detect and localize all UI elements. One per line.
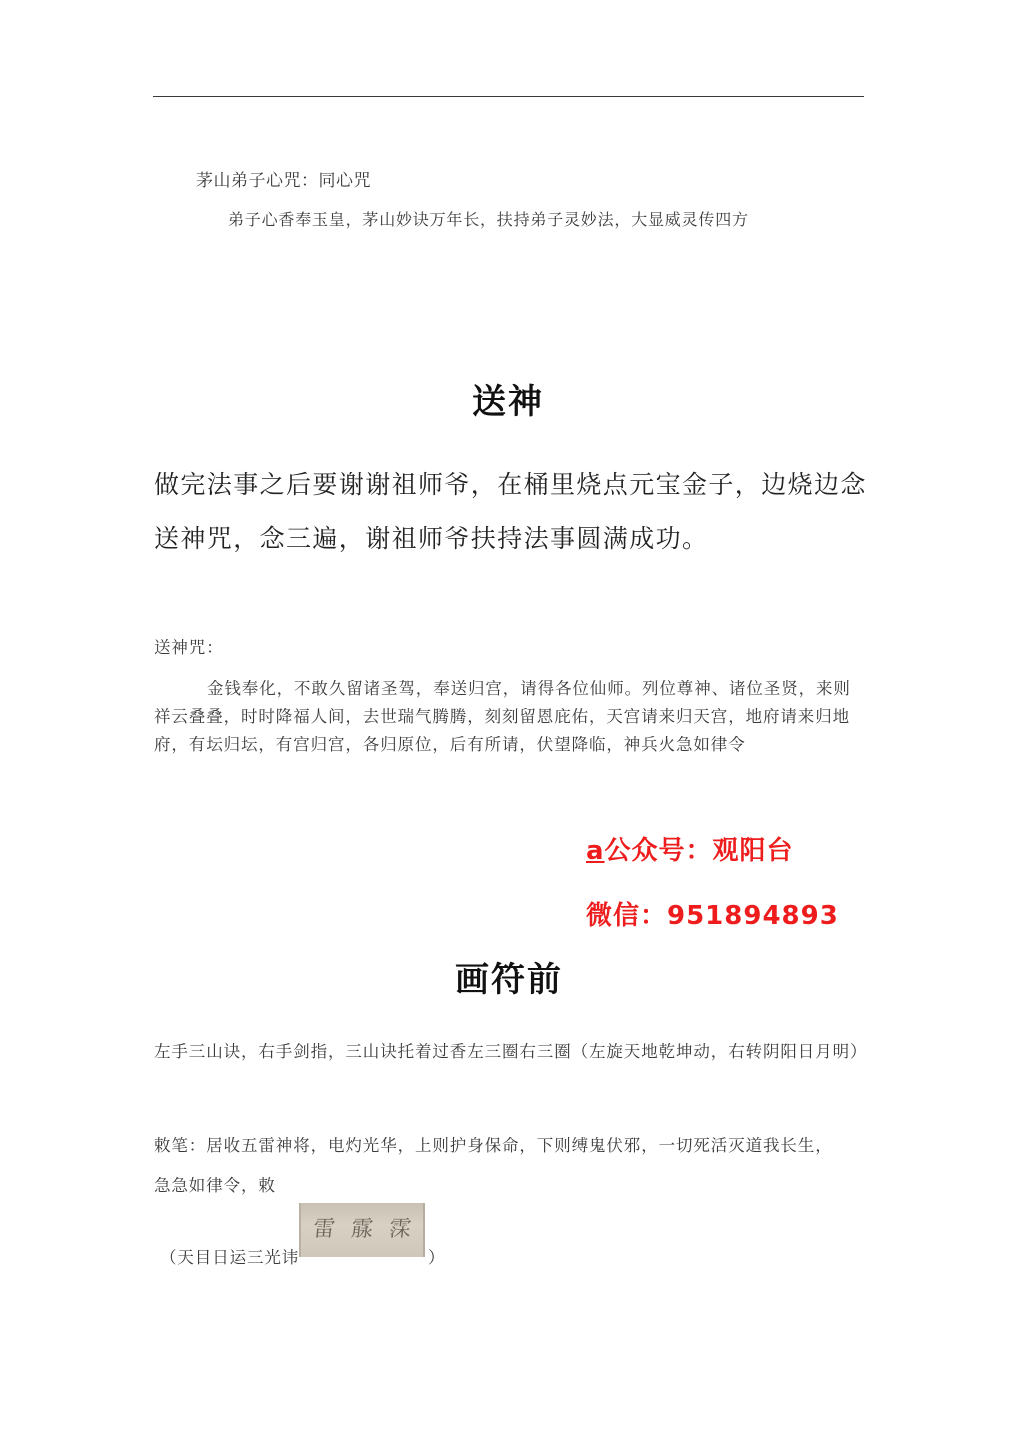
brush-chant-line-2: 急急如律令，敕	[154, 1172, 276, 1196]
watermark-wechat: 微信：951894893	[586, 895, 839, 932]
drawing-instruction: 左手三山诀，右手剑指，三山诀托着过香左三圈右三圈（左旋天地乾坤动，右转阴阳日月明…	[154, 1038, 867, 1062]
send-gods-paragraph: 做完法事之后要谢谢祖师爷，在桶里烧点元宝金子，边烧边念送神咒，念三遍，谢祖师爷扶…	[154, 458, 869, 566]
incantation-line-2: 祥云叠叠，时时降福人间，去世瑞气腾腾，刻刻留恩庇佑，天宫请来归天宫，地府请来归地	[154, 703, 850, 727]
incantation-label: 送神咒：	[154, 634, 224, 658]
mantra-heading: 茅山弟子心咒：同心咒	[196, 166, 371, 191]
header-rule	[153, 96, 864, 97]
note-prefix: （天目日运三光讳	[160, 1244, 299, 1268]
watermark-account-text: 公众号：观阳台	[605, 836, 794, 866]
section-title-send-gods: 送神	[472, 374, 544, 423]
talisman-glyph-3: 霂	[388, 1219, 412, 1241]
section-title-before-drawing: 画符前	[455, 952, 563, 1001]
incantation-line-1: 金钱奉化，不敢久留诸圣驾，奉送归宫，请得各位仙师。列位尊神、诸位圣贤，来则	[207, 675, 851, 699]
mantra-verse: 弟子心香奉玉皇，茅山妙诀万年长，扶持弟子灵妙法，大显威灵传四方	[228, 207, 749, 230]
watermark-account: a公众号：观阳台	[586, 830, 794, 867]
note-suffix: ）	[428, 1244, 445, 1268]
document-page: 茅山弟子心咒：同心咒 弟子心香奉玉皇，茅山妙诀万年长，扶持弟子灵妙法，大显威灵传…	[0, 0, 1018, 1440]
incantation-line-3: 府，有坛归坛，有宫归宫，各归原位，后有所请，伏望降临，神兵火急如律令	[154, 731, 746, 755]
watermark-prefix: a	[586, 836, 605, 866]
brush-chant-line-1: 敕笔：居收五雷神将，电灼光华，上则护身保命，下则缚鬼伏邪，一切死活灭道我长生，	[154, 1132, 833, 1156]
talisman-glyph-image: 雷 霡 霂	[299, 1203, 425, 1257]
talisman-glyph-2: 霡	[350, 1219, 374, 1241]
talisman-glyph-1: 雷	[312, 1219, 336, 1241]
